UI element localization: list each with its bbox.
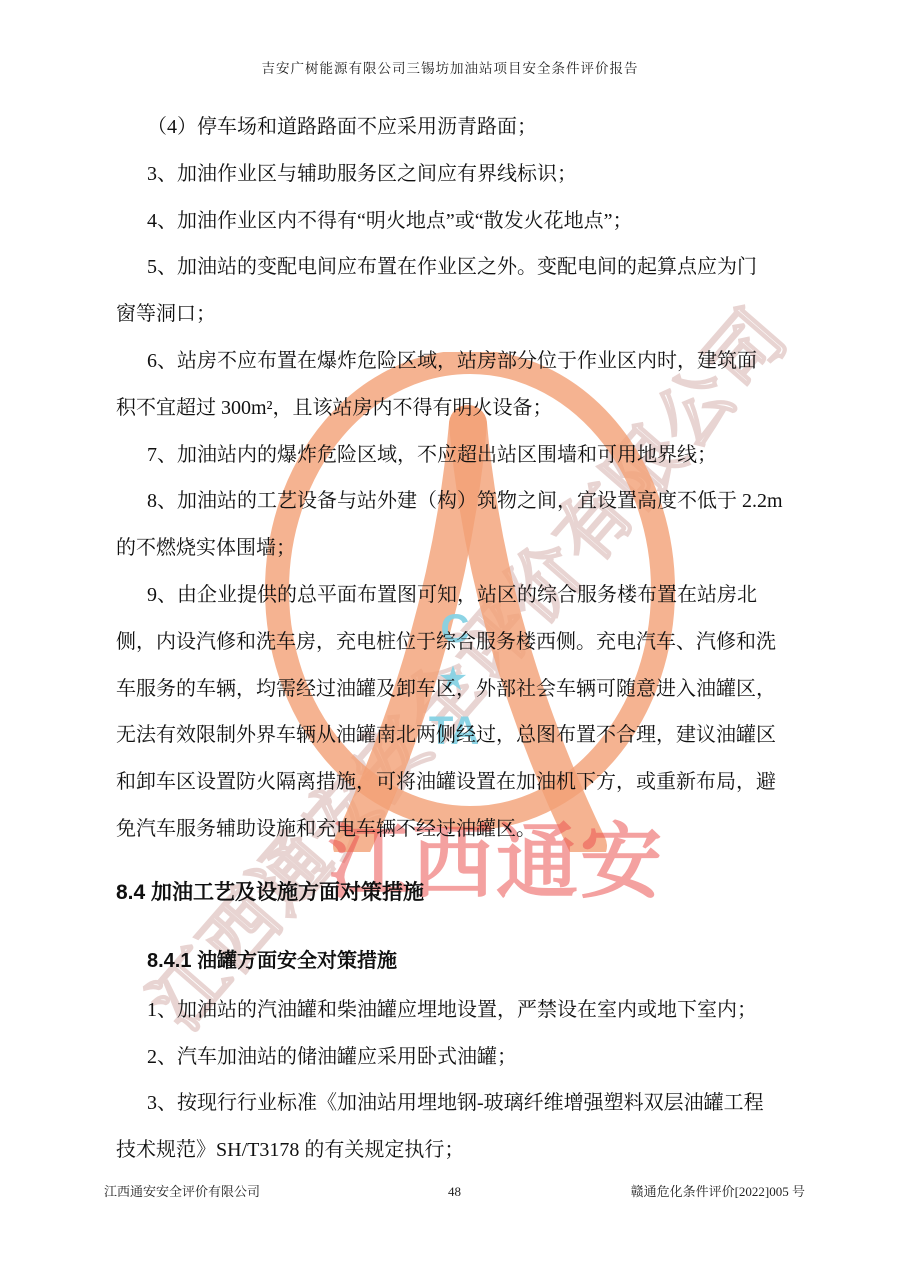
body-line: 免汽车服务辅助设施和充电车辆不经过油罐区。 xyxy=(116,806,816,853)
body-line: 和卸车区设置防火隔离措施，可将油罐设置在加油机下方，或重新布局，避 xyxy=(116,759,816,806)
body-line: 6、站房不应布置在爆炸危险区域，站房部分位于作业区内时，建筑面 xyxy=(116,338,816,385)
body-line: 2、汽车加油站的储油罐应采用卧式油罐； xyxy=(116,1034,816,1081)
body-line: 9、由企业提供的总平面布置图可知，站区的综合服务楼布置在站房北 xyxy=(116,572,816,619)
body-line: 技术规范》SH/T3178 的有关规定执行； xyxy=(116,1127,816,1174)
body-line: 车服务的车辆，均需经过油罐及卸车区，外部社会车辆可随意进入油罐区， xyxy=(116,666,816,713)
body-line: 8、加油站的工艺设备与站外建（构）筑物之间，宜设置高度不低于 2.2m xyxy=(116,478,816,525)
footer-company: 江西通安安全评价有限公司 xyxy=(104,1181,448,1200)
page-header-title: 吉安广树能源有限公司三锡坊加油站项目安全条件评价报告 xyxy=(0,57,900,77)
body-line: 窗等洞口； xyxy=(116,291,816,338)
body-line: 3、加油作业区与辅助服务区之间应有界线标识； xyxy=(116,151,816,198)
page-footer: 江西通安安全评价有限公司 48 赣通危化条件评价[2022]005 号 xyxy=(104,1181,805,1200)
body-line: 1、加油站的汽油罐和柴油罐应埋地设置，严禁设在室内或地下室内； xyxy=(116,987,816,1034)
body-line: 积不宜超过 300m²，且该站房内不得有明火设备； xyxy=(116,385,816,432)
body-line: 侧，内设汽修和洗车房，充电桩位于综合服务楼西侧。充电汽车、汽修和洗 xyxy=(116,619,816,666)
body-line: 3、按现行行业标准《加油站用埋地钢-玻璃纤维增强塑料双层油罐工程 xyxy=(116,1080,816,1127)
footer-page-number: 48 xyxy=(448,1184,461,1200)
body-line: （4）停车场和道路路面不应采用沥青路面； xyxy=(116,104,816,151)
body-line: 的不燃烧实体围墙； xyxy=(116,525,816,572)
body-line: 4、加油作业区内不得有“明火地点”或“散发火花地点”； xyxy=(116,198,816,245)
section-heading: 8.4 加油工艺及设施方面对策措施 xyxy=(116,867,816,919)
footer-doc-number: 赣通危化条件评价[2022]005 号 xyxy=(461,1181,805,1200)
section-heading: 8.4.1 油罐方面安全对策措施 xyxy=(116,935,816,987)
document-page: 江西通安安全评价有限公司 C ★ TA 江西通安 吉安广树能源有限公司三锡坊加油… xyxy=(0,0,900,1272)
body-line: 7、加油站内的爆炸危险区域，不应超出站区围墙和可用地界线； xyxy=(116,432,816,479)
body-line: 5、加油站的变配电间应布置在作业区之外。变配电间的起算点应为门 xyxy=(116,244,816,291)
body-line: 无法有效限制外界车辆从油罐南北两侧经过，总图布置不合理，建议油罐区 xyxy=(116,712,816,759)
document-body: （4）停车场和道路路面不应采用沥青路面；3、加油作业区与辅助服务区之间应有界线标… xyxy=(116,104,816,1174)
